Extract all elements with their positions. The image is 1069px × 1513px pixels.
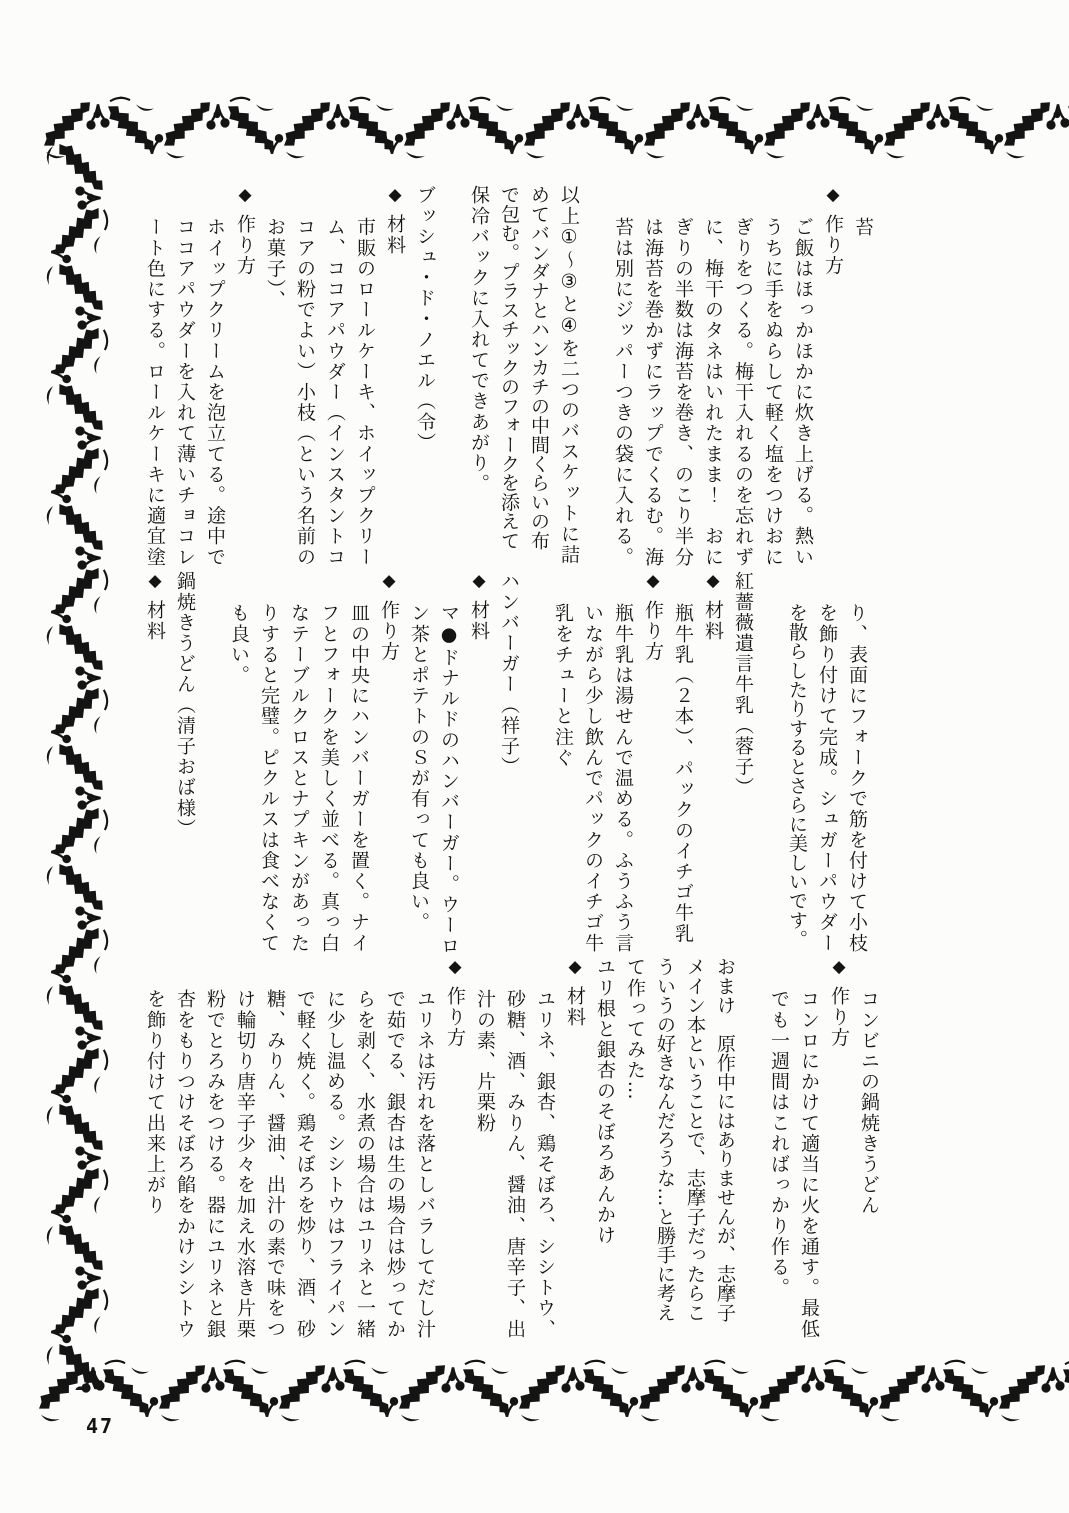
recipe-text-area: 苔◆作り方ご飯はほっかほかに炊き上げる。熱いうちに手をぬらして軽く塩をつけおにぎ… — [140, 185, 877, 1343]
note-column: て作ってみた… — [620, 957, 650, 1339]
text-column: らを剥く、水煮の場合はユリネと一緒 — [350, 957, 380, 1339]
text-column: ユリネは汚れを落としバラしてだし汁 — [410, 957, 440, 1339]
leaf-border-bottom — [35, 1357, 1069, 1423]
text-column: 苔は別にジッパーつきの袋に入れる。 — [608, 185, 638, 567]
recipe-title: 紅薔薇遺言牛乳（蓉子） — [728, 571, 758, 953]
section-marker: ◆作り方 — [818, 185, 848, 567]
text-column: で茹でる、銀杏は生の場合は炒ってか — [380, 957, 410, 1339]
diamond-icon: ◆ — [445, 957, 465, 977]
diamond-icon: ◆ — [145, 571, 165, 591]
text-column: を散らしたりするとさらに美しいです。 — [782, 571, 812, 953]
diamond-icon: ◆ — [829, 957, 849, 977]
text-column: ート色にする。ロールケーキに適宜塗 — [140, 185, 170, 567]
diamond-icon: ◆ — [379, 571, 399, 591]
text-column: ム、ココアパウダー（インスタントコ — [320, 185, 350, 567]
section-label: 作り方 — [822, 214, 844, 276]
text-column: は海苔を巻かずにラップでくるむ。海 — [638, 185, 668, 567]
text-column: 皿の中央にハンバーガーを置く。ナイ — [344, 571, 374, 953]
note-column: おまけ 原作中にはありませんが、志摩子 — [710, 957, 740, 1339]
section-label: 材料 — [384, 214, 406, 255]
text-column: コアの粉でよい）小枝（という名前の — [290, 185, 320, 567]
text-column: 糖、みりん、醤油、出汁の素で味をつ — [260, 957, 290, 1339]
section-marker: ◆材料 — [560, 957, 590, 1339]
diamond-icon: ◆ — [469, 571, 489, 591]
section-label: 作り方 — [378, 600, 400, 662]
recipe-band-top: 苔◆作り方ご飯はほっかほかに炊き上げる。熱いうちに手をぬらして軽く塩をつけおにぎ… — [140, 185, 878, 567]
text-column: ユリネ、銀杏、鶏そぼろ、シシトウ、 — [530, 957, 560, 1339]
section-label: 作り方 — [444, 986, 466, 1048]
section-marker: ◆材料 — [380, 185, 410, 567]
section-marker: ◆材料 — [698, 571, 728, 953]
text-column: に、梅干のタネはいれたまま！ おに — [698, 185, 728, 567]
text-column: を飾り付けて完成。シュガーパウダー — [812, 571, 842, 953]
text-column: ン茶とポテトのＳが有っても良い。 — [404, 571, 434, 953]
text-column: お菓子）、 — [260, 185, 290, 567]
section-marker: ◆作り方 — [440, 957, 470, 1339]
text-column: に少し温める。シシトウはフライパン — [320, 957, 350, 1339]
section-marker: ◆作り方 — [230, 185, 260, 567]
section-marker: ◆作り方 — [638, 571, 668, 953]
text-column: ご飯はほっかほかに炊き上げる。熱い — [788, 185, 818, 567]
text-column: を飾り付けて出来上がり — [140, 957, 170, 1339]
section-label: 作り方 — [642, 600, 664, 662]
text-column: 汁の素、片栗粉 — [470, 957, 500, 1339]
section-label: 材料 — [564, 986, 586, 1027]
recipe-title: ブッシュ・ド・ノエル（令） — [410, 185, 440, 567]
text-column: なテーブルクロスとナプキンがあった — [284, 571, 314, 953]
recipe-title: 鍋焼きうどん（清子おば様） — [170, 571, 200, 953]
note-column: めてバンダナとハンカチの中間くらいの布 — [524, 185, 554, 567]
text-column: フとフォークを美しく並べる。真っ白 — [314, 571, 344, 953]
note-column: 保冷バックに入れてできあがり。 — [464, 185, 494, 567]
text-column: 杏をもりつけそぼろ餡をかけシシトウ — [170, 957, 200, 1339]
diamond-icon: ◆ — [643, 571, 663, 591]
text-column: 瓶牛乳（２本）、パックのイチゴ牛乳 — [668, 571, 698, 953]
text-column: マ●ドナルドのハンバーガー。ウーロ — [434, 571, 464, 953]
recipe-band-bottom: コンビニの鍋焼きうどん◆作り方コンロにかけて適当に火を通す。最低でも一週間はこれ… — [140, 957, 884, 1339]
diamond-icon: ◆ — [565, 957, 585, 977]
text-column: 苔 — [848, 185, 878, 567]
text-column: ココアパウダーを入れて薄いチョコレ — [170, 185, 200, 567]
recipe-title: ハンバーガー（祥子） — [494, 571, 524, 953]
section-label: 材料 — [702, 600, 724, 641]
page-number: 47 — [86, 1414, 114, 1438]
section-label: 作り方 — [828, 986, 850, 1048]
text-column: でも一週間はこればっかり作る。 — [764, 957, 794, 1339]
scanned-recipe-page: 苔◆作り方ご飯はほっかほかに炊き上げる。熱いうちに手をぬらして軽く塩をつけおにぎ… — [0, 0, 1069, 1513]
note-column: メイン本ということで、志摩子だったらこ — [680, 957, 710, 1339]
recipe-title: ユリ根と銀杏のそぼろあんかけ — [590, 957, 620, 1339]
diamond-icon: ◆ — [823, 185, 843, 205]
section-label: 材料 — [468, 600, 490, 641]
text-column: け輪切り唐辛子少々を加え水溶き片栗 — [230, 957, 260, 1339]
text-column: コンロにかけて適当に火を通す。最低 — [794, 957, 824, 1339]
note-column: で包む。プラスチックのフォークを添えて — [494, 185, 524, 567]
section-label: 作り方 — [234, 214, 256, 276]
text-column: 砂糖、酒、みりん、醤油、唐辛子、出 — [500, 957, 530, 1339]
leaf-border-left — [45, 140, 111, 1390]
text-column: 市販のロールケーキ、ホイップクリー — [350, 185, 380, 567]
diamond-icon: ◆ — [385, 185, 405, 205]
diamond-icon: ◆ — [235, 185, 255, 205]
text-column: ぎりの半数は海苔を巻き、のこり半分 — [668, 185, 698, 567]
recipe-band-middle: り、表面にフォークで筋を付けて小枝を飾り付けて完成。シュガーパウダーを散らしたり… — [140, 571, 872, 953]
text-column: ぎりをつくる。梅干入れるのを忘れず — [728, 185, 758, 567]
section-label: 材料 — [144, 600, 166, 641]
text-column: 粉でとろみをつける。器にユリネと銀 — [200, 957, 230, 1339]
section-marker: ◆材料 — [140, 571, 170, 953]
text-column: で軽く焼く。鶏そぼろを炒り、酒、砂 — [290, 957, 320, 1339]
leaf-border-top — [40, 94, 1069, 160]
note-column: ういうの好きなんだろうな…と勝手に考え — [650, 957, 680, 1339]
section-marker: ◆材料 — [464, 571, 494, 953]
text-column: うちに手をぬらして軽く塩をつけおに — [758, 185, 788, 567]
text-column: 乳をチューと注ぐ — [548, 571, 578, 953]
text-column: 瓶牛乳は湯せんで温める。ふうふう言 — [608, 571, 638, 953]
text-column: いながら少し飲んでパックのイチゴ牛 — [578, 571, 608, 953]
text-column: コンビニの鍋焼きうどん — [854, 957, 884, 1339]
section-marker: ◆作り方 — [374, 571, 404, 953]
diamond-icon: ◆ — [703, 571, 723, 591]
note-column: 以上①～③と④を二つのバスケットに詰 — [554, 185, 584, 567]
text-column: りすると完璧。ピクルスは食べなくて — [254, 571, 284, 953]
text-column: り、表面にフォークで筋を付けて小枝 — [842, 571, 872, 953]
section-marker: ◆作り方 — [824, 957, 854, 1339]
text-column: ホイップクリームを泡立てる。途中で — [200, 185, 230, 567]
text-column: も良い。 — [224, 571, 254, 953]
